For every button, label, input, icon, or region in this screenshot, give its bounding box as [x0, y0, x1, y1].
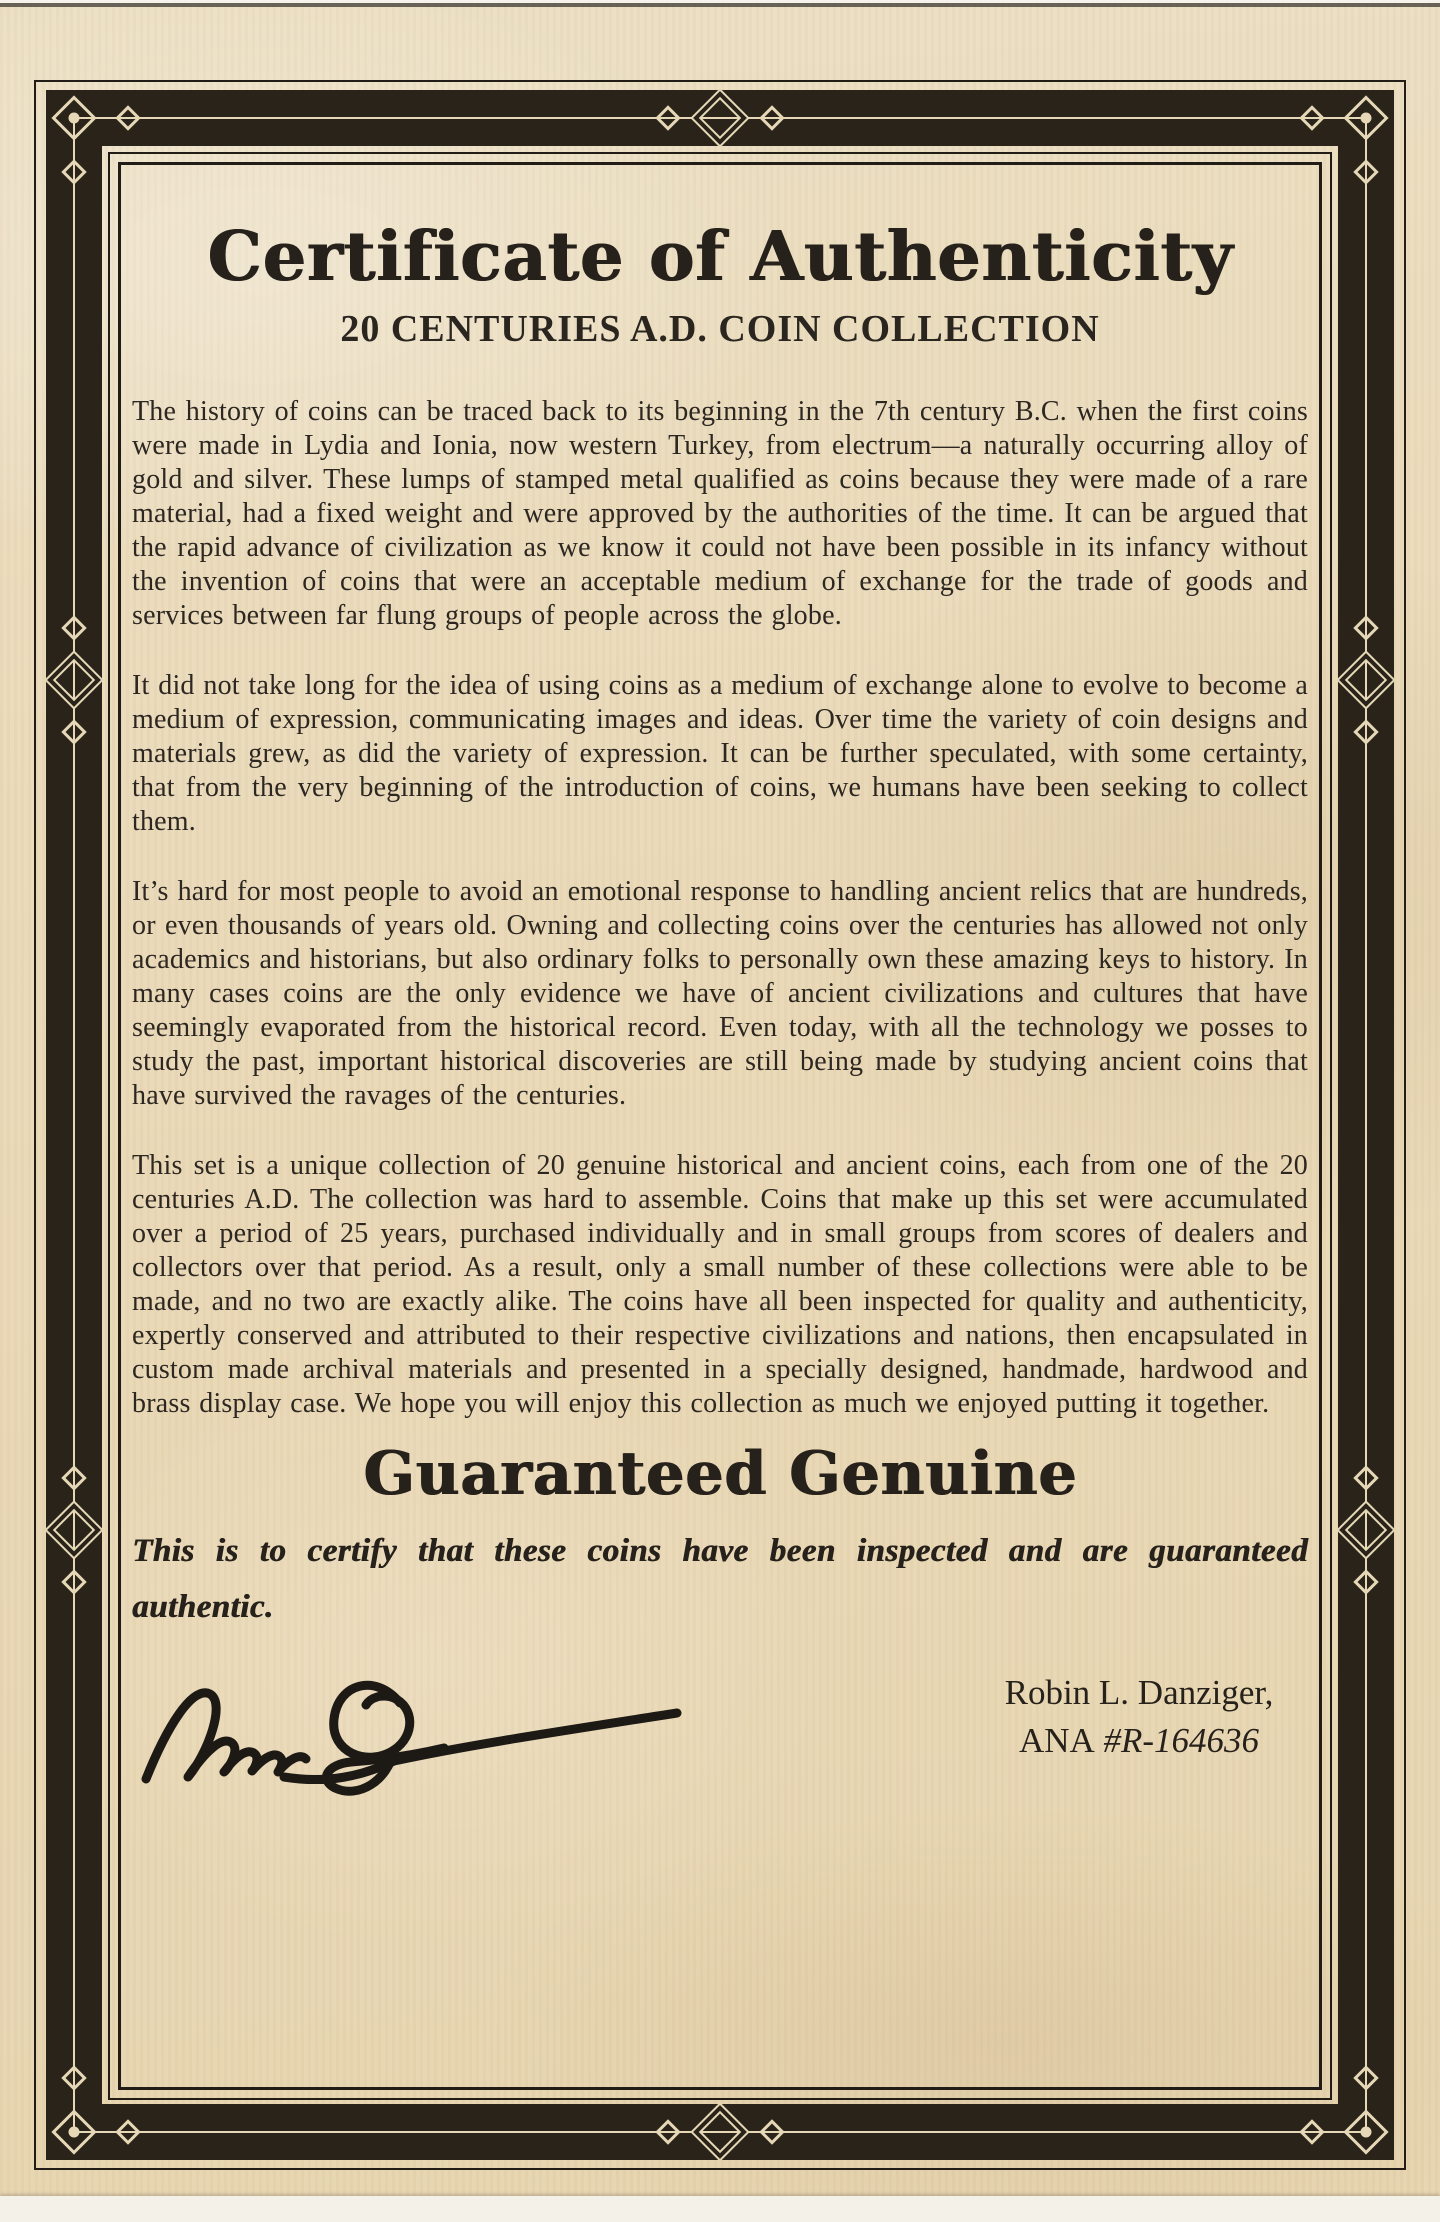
- signature: [132, 1657, 692, 1809]
- paragraph-collecting: It’s hard for most people to avoid an em…: [132, 875, 1308, 1113]
- certificate-page: Certificate of Authenticity 20 CENTURIES…: [0, 0, 1440, 2222]
- signer-credential: ANA #R-164636: [974, 1717, 1304, 1765]
- guarantee-heading: Guaranteed Genuine: [126, 1439, 1314, 1509]
- corner-dot-bottom-left: [69, 2127, 80, 2138]
- signature-row: Robin L. Danziger, ANA #R-164636: [126, 1657, 1314, 1809]
- corner-dot-top-right: [1361, 113, 1372, 124]
- signature-stroke: [334, 1685, 410, 1757]
- scan-edge-top-line: [0, 3, 1440, 7]
- border-centerline-left: [73, 117, 75, 2133]
- signer-block: Robin L. Danziger, ANA #R-164636: [974, 1669, 1304, 1765]
- paragraph-expression: It did not take long for the idea of usi…: [132, 669, 1308, 839]
- signature-stroke: [146, 1693, 306, 1779]
- border-centerline-right: [1365, 117, 1367, 2133]
- signer-name: Robin L. Danziger,: [974, 1669, 1304, 1717]
- scan-edge-bottom: [0, 2196, 1440, 2222]
- certificate-content: Certificate of Authenticity 20 CENTURIES…: [126, 170, 1314, 2082]
- paragraph-set-description: This set is a unique collection of 20 ge…: [132, 1149, 1308, 1421]
- paragraph-history: The history of coins can be traced back …: [132, 395, 1308, 633]
- certify-statement: This is to certify that these coins have…: [126, 1523, 1314, 1635]
- corner-dot-top-left: [69, 113, 80, 124]
- signer-credential-number: #R-164636: [1104, 1721, 1260, 1760]
- signer-credential-org: ANA: [1019, 1721, 1095, 1760]
- corner-dot-bottom-right: [1361, 2127, 1372, 2138]
- certificate-subtitle: 20 CENTURIES A.D. COIN COLLECTION: [126, 307, 1314, 351]
- certificate-body: The history of coins can be traced back …: [126, 395, 1314, 1421]
- certificate-title: Certificate of Authenticity: [126, 220, 1314, 295]
